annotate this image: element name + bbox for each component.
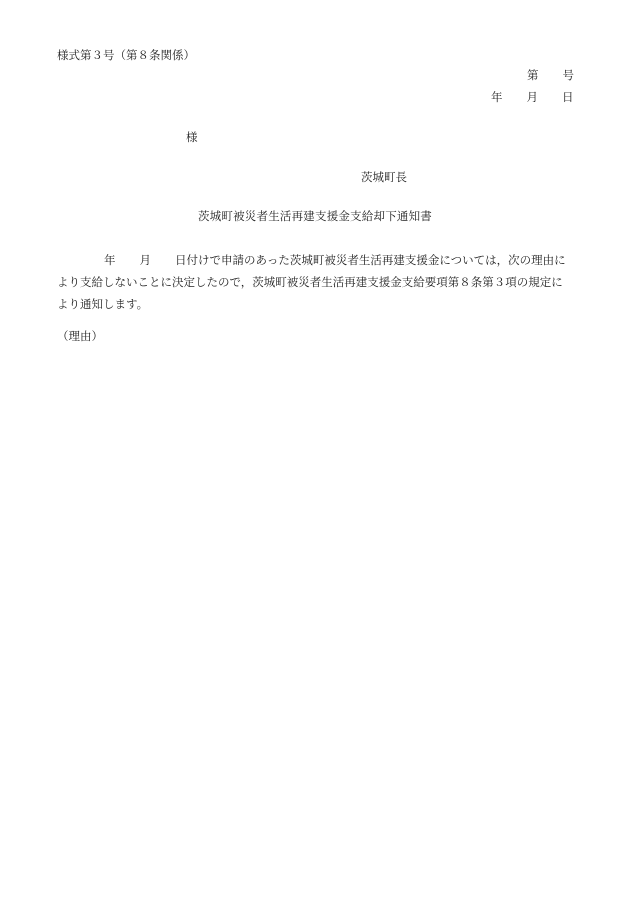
recipient-honorific: 様 — [186, 132, 198, 144]
doc-number-suffix: 号 — [563, 70, 575, 82]
form-number: 様式第３号（第８条関係） — [57, 50, 195, 62]
body-line-1: 年月日付けで申請のあった茨城町被災者生活再建支援金については，次の理由に — [57, 249, 574, 271]
reason-label: （理由） — [57, 331, 103, 343]
doc-number-prefix: 第 — [527, 70, 539, 82]
date-day: 日 — [562, 92, 574, 104]
body-line-2: より支給しないことに決定したので，茨城町被災者生活再建支援金支給要項第８条第３項… — [57, 271, 574, 293]
date-year: 年 — [491, 92, 503, 104]
body-year: 年 — [104, 253, 116, 267]
issue-date: 年月日 — [491, 92, 574, 104]
body-line-1-text: 日付けで申請のあった茨城町被災者生活再建支援金については，次の理由に — [175, 253, 566, 267]
body-month: 月 — [140, 253, 152, 267]
sender-name: 茨城町長 — [361, 172, 407, 184]
document-number: 第号 — [527, 70, 574, 82]
body-line-3: より通知します。 — [57, 293, 574, 315]
document-title: 茨城町被災者生活再建支援金支給却下通知書 — [198, 211, 432, 223]
body-paragraph: 年月日付けで申請のあった茨城町被災者生活再建支援金については，次の理由に より支… — [57, 249, 574, 315]
date-month: 月 — [527, 92, 539, 104]
